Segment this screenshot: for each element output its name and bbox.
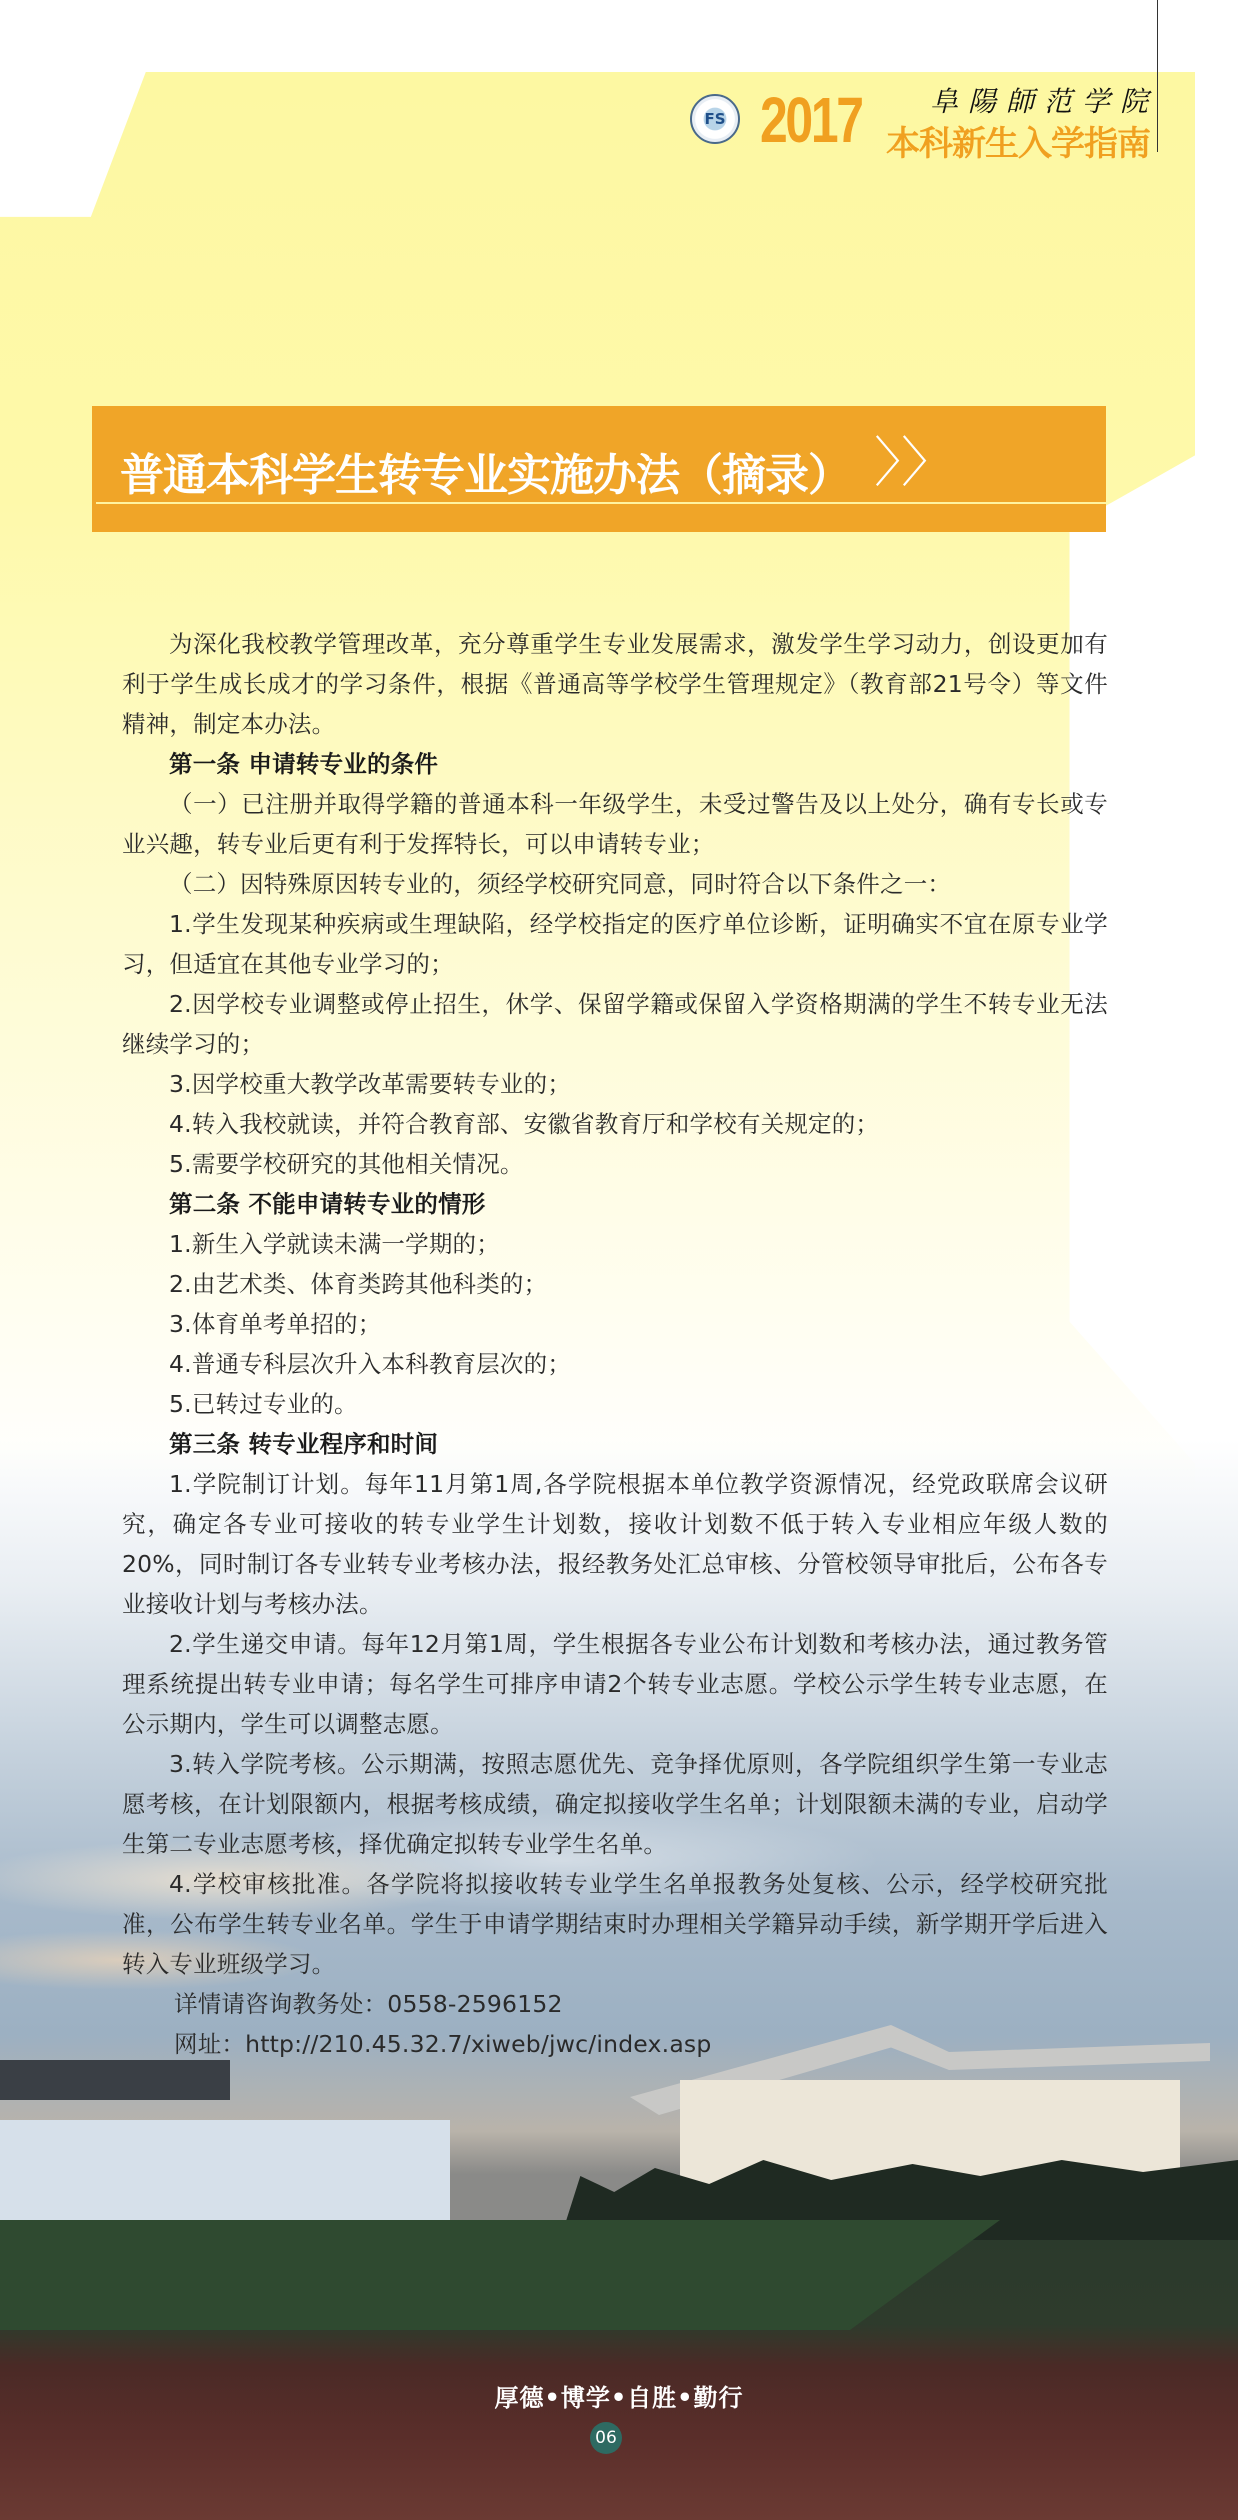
article-3-paragraph: 3.转入学院考核。公示期满，按照志愿优先、竞争择优原则，各学院组织学生第一专业志… bbox=[122, 1744, 1108, 1864]
intro-paragraph: 为深化我校教学管理改革，充分尊重学生专业发展需求，激发学生学习动力，创设更加有利… bbox=[122, 624, 1108, 744]
article-2-item: 4.普通专科层次升入本科教育层次的； bbox=[122, 1344, 1108, 1384]
banner-divider bbox=[96, 502, 1106, 504]
guide-title: 本科新生入学指南 bbox=[886, 116, 1150, 165]
sports-field bbox=[0, 2220, 1000, 2330]
article-1-paragraph: 4.转入我校就读，并符合教育部、安徽省教育厅和学校有关规定的； bbox=[122, 1104, 1108, 1144]
contact-url[interactable]: 网址：http://210.45.32.7/xiweb/jwc/index.as… bbox=[122, 2024, 1108, 2064]
school-motto: 厚德•博学•自胜•勤行 bbox=[0, 2378, 1238, 2413]
article-2-item: 1.新生入学就读未满一学期的； bbox=[122, 1224, 1108, 1264]
article-3-heading: 第三条 转专业程序和时间 bbox=[122, 1424, 1108, 1464]
article-3-paragraph: 1.学院制订计划。每年11月第1周,各学院根据本单位教学资源情况，经党政联席会议… bbox=[122, 1464, 1108, 1624]
article-1-paragraph: 1.学生发现某种疾病或生理缺陷，经学校指定的医疗单位诊断，证明确实不宜在原专业学… bbox=[122, 904, 1108, 984]
university-seal-icon: FS bbox=[690, 94, 740, 144]
margin-rule bbox=[1157, 0, 1158, 152]
article-1-paragraph: 3.因学校重大教学改革需要转专业的； bbox=[122, 1064, 1108, 1104]
page-number-badge: 06 bbox=[590, 2422, 622, 2454]
article-1-paragraph: 5.需要学校研究的其他相关情况。 bbox=[122, 1144, 1108, 1184]
article-1-heading: 第一条 申请转专业的条件 bbox=[122, 744, 1108, 784]
section-title: 普通本科学生转专业实施办法（摘录） bbox=[120, 439, 851, 503]
double-chevron-right-icon: 〉〉 bbox=[874, 436, 955, 490]
article-3-paragraph: 2.学生递交申请。每年12月第1周，学生根据各专业公布计划数和考核办法，通过教务… bbox=[122, 1624, 1108, 1744]
document-body: 为深化我校教学管理改革，充分尊重学生专业发展需求，激发学生学习动力，创设更加有利… bbox=[122, 624, 1108, 2064]
article-2-item: 3.体育单考单招的； bbox=[122, 1304, 1108, 1344]
logo-text: FS bbox=[704, 110, 725, 128]
school-name: 阜陽師范学院 bbox=[930, 80, 1158, 120]
gymnasium-building bbox=[680, 2080, 1180, 2240]
tree-line bbox=[560, 2160, 1238, 2240]
article-3-paragraph: 4.学校审核批准。各学院将拟接收转专业学生名单报教务处复核、公示，经学校研究批准… bbox=[122, 1864, 1108, 1984]
contact-phone: 详情请咨询教务处：0558-2596152 bbox=[122, 1984, 1108, 2024]
article-2-heading: 第二条 不能申请转专业的情形 bbox=[122, 1184, 1108, 1224]
article-2-item: 5.已转过专业的。 bbox=[122, 1384, 1108, 1424]
stadium-stand bbox=[0, 2120, 450, 2240]
stadium-roof bbox=[0, 2060, 230, 2100]
article-1-paragraph: （二）因特殊原因转专业的，须经学校研究同意，同时符合以下条件之一： bbox=[122, 864, 1108, 904]
section-banner: 普通本科学生转专业实施办法（摘录） 〉〉 bbox=[92, 406, 1106, 532]
article-2-item: 2.由艺术类、体育类跨其他科类的； bbox=[122, 1264, 1108, 1304]
article-1-paragraph: （一）已注册并取得学籍的普通本科一年级学生，未受过警告及以上处分，确有专长或专业… bbox=[122, 784, 1108, 864]
article-1-paragraph: 2.因学校专业调整或停止招生，休学、保留学籍或保留入学资格期满的学生不转专业无法… bbox=[122, 984, 1108, 1064]
guide-year: 2017 bbox=[760, 88, 862, 152]
